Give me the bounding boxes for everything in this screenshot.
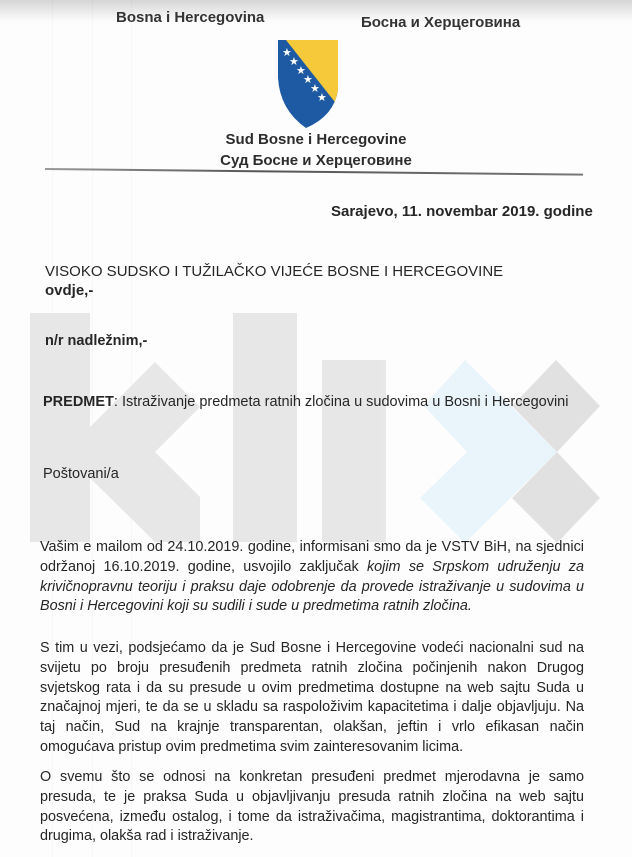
country-name-cyrillic: Босна и Херцеговина [361,14,520,31]
recipient-block: VISOKO SUDSKO I TUŽILAČKO VIJEĆE BOSNE I… [45,262,503,300]
bih-coat-of-arms-icon: ★ ★ ★ ★ ★ ★ [276,38,341,130]
subject-label: PREDMET [43,394,114,410]
subject-line: PREDMET: Istraživanje predmeta ratnih zl… [43,394,568,410]
body-paragraph: S tim u vezi, podsjećamo da je Sud Bosne… [40,639,584,758]
court-name-latin: Sud Bosne i Hercegovine [0,131,632,148]
country-name-latin: Bosna i Hercegovina [116,9,264,26]
attention-line: n/r nadležnim,- [45,333,147,349]
paragraph-text: S tim u vezi, podsjećamo da je Sud Bosne… [40,640,584,755]
paragraph-text: O svemu što se odnosi na konkretan presu… [40,769,584,844]
recipient-location: ovdje,- [45,281,503,300]
subject-text: : Istraživanje predmeta ratnih zločina u… [114,394,569,410]
place-date: Sarajevo, 11. novembar 2019. godine [331,203,593,220]
recipient-name: VISOKO SUDSKO I TUŽILAČKO VIJEĆE BOSNE I… [45,262,503,281]
svg-text:★: ★ [317,91,327,104]
greeting: Poštovani/a [43,466,119,482]
body-paragraph: O svemu što se odnosi na konkretan presu… [40,768,584,847]
body-paragraph: Vašim e mailom od 24.10.2019. godine, in… [40,538,584,617]
court-name-cyrillic: Суд Босне и Херцеговине [0,152,632,169]
